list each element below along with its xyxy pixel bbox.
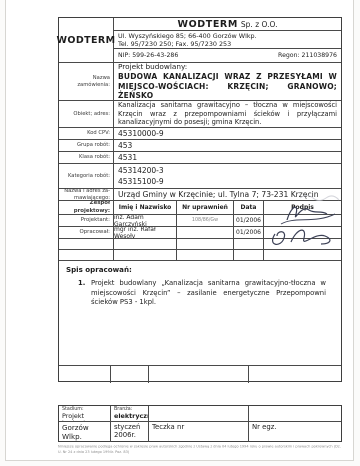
order-name-value: Projekt budowlany: BUDOWA KANALIZACJI WR… [114,63,341,100]
company-address-line1: Ul. Wyszyńskiego 85; 66-400 Gorzów Wlkp. [118,32,337,40]
city-cell: Gorzów Wlkp. [59,422,111,442]
order-name-row: Nazwa zamówienia: Projekt budowlany: BUD… [59,63,341,101]
title-block-table: WODTERM WODTERM Sp. z O.O. Ul. Wyszyński… [58,17,342,382]
contents-item-number: 1. [78,279,91,308]
client-value: Urząd Gminy w Krzęcinie; ul. Tylna 7; 73… [118,190,337,199]
work-category-value2: 45315100-9 [118,176,337,187]
copy-cell: Nr egz. [249,422,341,442]
closing-empty-row [59,366,341,383]
company-nip: NIP: 599-26-43-286 [118,52,178,59]
team-row-designer: Projektant: inż. Adam Garczyński 108/86/… [59,215,341,227]
work-group-row: Grupa robót: 453 [59,140,341,152]
team-role: Projektant: [59,215,114,226]
client-label: Nazwa i adres za- mawiającego: [59,189,114,200]
date-cell: styczeń 2006r. [111,422,149,442]
team-header-col1: Zespół projektowy: [59,201,114,214]
cpv-row: Kod CPV: 45310000-9 [59,128,341,140]
client-row: Nazwa i adres za- mawiającego: Urząd Gmi… [59,189,341,201]
work-class-label: Klasa robót: [59,152,114,163]
object-label: Obiekt; adres: [59,101,114,127]
team-signature-cell [264,215,341,226]
team-header-license: Nr uprawnień [177,201,234,214]
team-license: 108/86/Gw [192,218,218,223]
team-row-empty [59,250,341,261]
work-group-value: 453 [118,141,337,150]
company-logo: WODTERM [59,18,114,62]
contents-section: Spis opracowań: 1. Projekt budowlany „Ka… [59,261,341,366]
team-header-name: Imię i Nazwisko [114,201,177,214]
team-row-empty [59,239,341,250]
team-header-date: Data [234,201,264,214]
team-name: mgr inż. Rafał Wesoły [114,227,177,238]
contents-item: 1. Projekt budowlany „Kanalizacja sanita… [66,279,334,308]
contents-item-text: Projekt budowlany „Kanalizacja sanitarna… [91,279,326,308]
branza-cell: Branża: elektryczna [111,406,149,421]
company-info: WODTERM Sp. z O.O. Ul. Wyszyńskiego 85; … [114,18,341,62]
work-category-row: Kategoria robót: 45314200-3 45315100-9 [59,164,341,189]
company-regon: Regon: 211038976 [278,52,337,59]
footer-table: Stadium: Projekt budowlany Branża: elekt… [58,405,342,442]
company-title: WODTERM Sp. z O.O. [114,18,341,31]
footer-row-city: Gorzów Wlkp. styczeń 2006r. Teczka nr Nr… [59,422,341,442]
work-category-label: Kategoria robót: [59,164,114,188]
cpv-label: Kod CPV: [59,128,114,139]
company-header-row: WODTERM WODTERM Sp. z O.O. Ul. Wyszyński… [59,18,341,63]
team-date: 01/2006 [234,215,264,226]
work-category-value1: 45314200-3 [118,165,337,176]
stadium-cell: Stadium: Projekt budowlany [59,406,111,421]
scanned-document-page: WODTERM WODTERM Sp. z O.O. Ul. Wyszyński… [0,0,360,466]
branza-value: elektryczna [114,413,145,421]
team-name: inż. Adam Garczyński [114,215,177,226]
work-class-value: 4531 [118,153,337,162]
team-signature-cell [264,227,341,238]
team-row-author: Opracował: mgr inż. Rafał Wesoły 01/2006 [59,227,341,239]
company-suffix: Sp. z O.O. [241,20,278,29]
company-address: Ul. Wyszyńskiego 85; 66-400 Gorzów Wlkp.… [114,31,341,49]
stadium-value: Projekt budowlany [62,413,107,421]
team-date: 01/2006 [234,227,264,238]
team-header-row: Zespół projektowy: Imię i Nazwisko Nr up… [59,201,341,215]
order-name-label: Nazwa zamówienia: [59,63,114,100]
work-group-label: Grupa robót: [59,140,114,151]
contents-heading: Spis opracowań: [66,265,334,274]
copyright-fine-print: Niniejsze opracowanie podlega ochronie w… [58,444,342,455]
company-name: WODTERM [178,19,238,30]
company-ids: NIP: 599-26-43-286 Regon: 211038976 [114,49,341,61]
object-text: Kanalizacja sanitarna grawitacyjno – tło… [118,101,337,127]
folder-cell: Teczka nr [149,422,249,442]
team-role: Opracował: [59,227,114,238]
team-header-signature: Podpis [264,201,341,214]
order-intro: Projekt budowlany: [118,62,337,71]
work-class-row: Klasa robót: 4531 [59,152,341,164]
footer-row-stadium: Stadium: Projekt budowlany Branża: elekt… [59,406,341,422]
company-address-line2: Tel. 95/7230 250; Fax. 95/7230 253 [118,40,337,48]
object-row: Obiekt; adres: Kanalizacja sanitarna gra… [59,101,341,128]
cpv-value: 45310000-9 [118,129,337,138]
order-title: BUDOWA KANALIZACJI WRAZ Z PRZESYŁAMI W M… [118,72,337,101]
